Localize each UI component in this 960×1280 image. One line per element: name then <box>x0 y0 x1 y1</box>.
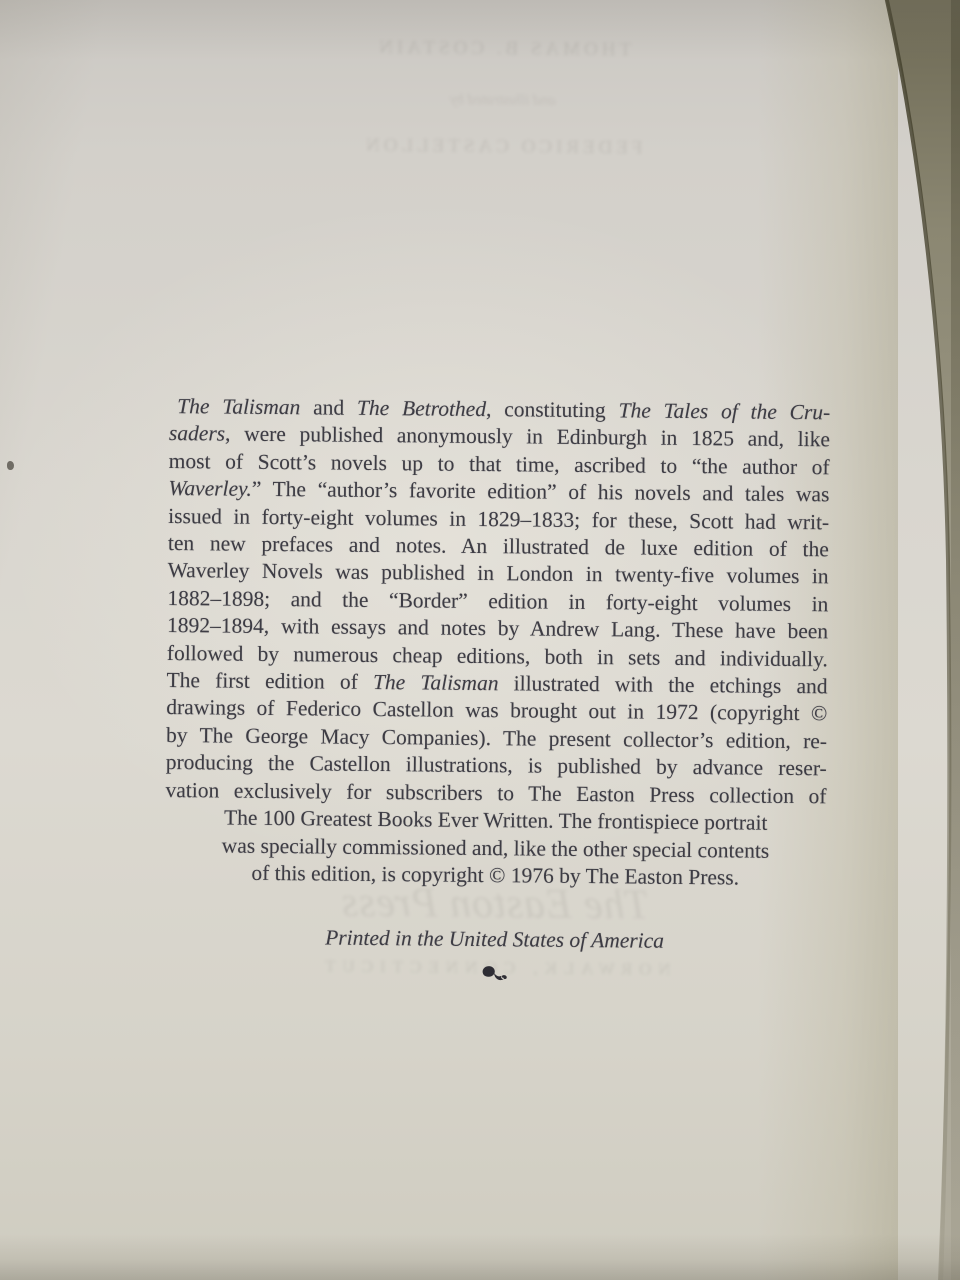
text-segment: drawings of Federico Castellon was broug… <box>166 695 827 725</box>
text-segment: by The George Macy Companies). The prese… <box>166 723 827 753</box>
printed-in-line: Printed in the United States of America <box>164 924 825 955</box>
aldine-leaf-icon <box>479 963 509 984</box>
text-segment: vation exclusively for subscribers to Th… <box>165 778 826 808</box>
text-segment: 1882–1898; and the “Border” edition in f… <box>167 586 828 616</box>
italic-text-segment: The Tales of the Cru- <box>618 398 830 424</box>
text-segment: was specially commissioned and, like the… <box>222 833 770 862</box>
book-page-photo: THOMAS B. COSTAIN and illustrated by FED… <box>0 0 960 1280</box>
text-segment: The first edition of <box>166 668 373 694</box>
photo-top-shading <box>0 0 960 60</box>
text-segment: The 100 Greatest Books Ever Written. The… <box>224 806 768 835</box>
page-content: THOMAS B. COSTAIN and illustrated by FED… <box>0 0 960 1280</box>
italic-text-segment: The Betrothed <box>357 396 486 421</box>
copyright-paragraph: The Talisman and The Betrothed, constitu… <box>165 393 831 893</box>
text-segment: followed by numerous cheap editions, bot… <box>167 641 828 671</box>
text-segment: illustrated with the etchings and <box>498 671 827 698</box>
ghost-title-page-line: and illustrated by <box>172 89 833 112</box>
text-segment: , constituting <box>486 397 619 422</box>
italic-text-segment: saders <box>169 421 225 446</box>
text-segment: , were published anonymously in Edinburg… <box>225 422 830 452</box>
text-segment: producing the Castellon illustrations, i… <box>166 750 827 780</box>
text-segment: ten new prefaces and notes. An illustrat… <box>168 531 829 561</box>
text-segment: of this edition, is copyright © 1976 by … <box>251 861 739 890</box>
ghost-title-page-line: FEDERICO CASTELLON <box>172 133 833 161</box>
text-segment: issued in forty-eight volumes in 1829–18… <box>168 504 829 534</box>
italic-text-segment: The Talisman <box>177 394 300 419</box>
photo-bottom-shadow <box>0 1234 960 1280</box>
italic-text-segment: The Talisman <box>373 670 499 695</box>
italic-text-segment: Waverley. <box>168 476 252 501</box>
text-segment: Waverley Novels was published in London … <box>168 558 829 588</box>
text-segment: 1892–1894, with essays and notes by Andr… <box>167 613 828 643</box>
text-segment: most of Scott’s novels up to that time, … <box>169 449 830 479</box>
ornament-row <box>164 960 825 992</box>
text-segment: and <box>300 395 357 420</box>
text-segment: ” The “author’s favorite edition” of his… <box>252 477 830 507</box>
